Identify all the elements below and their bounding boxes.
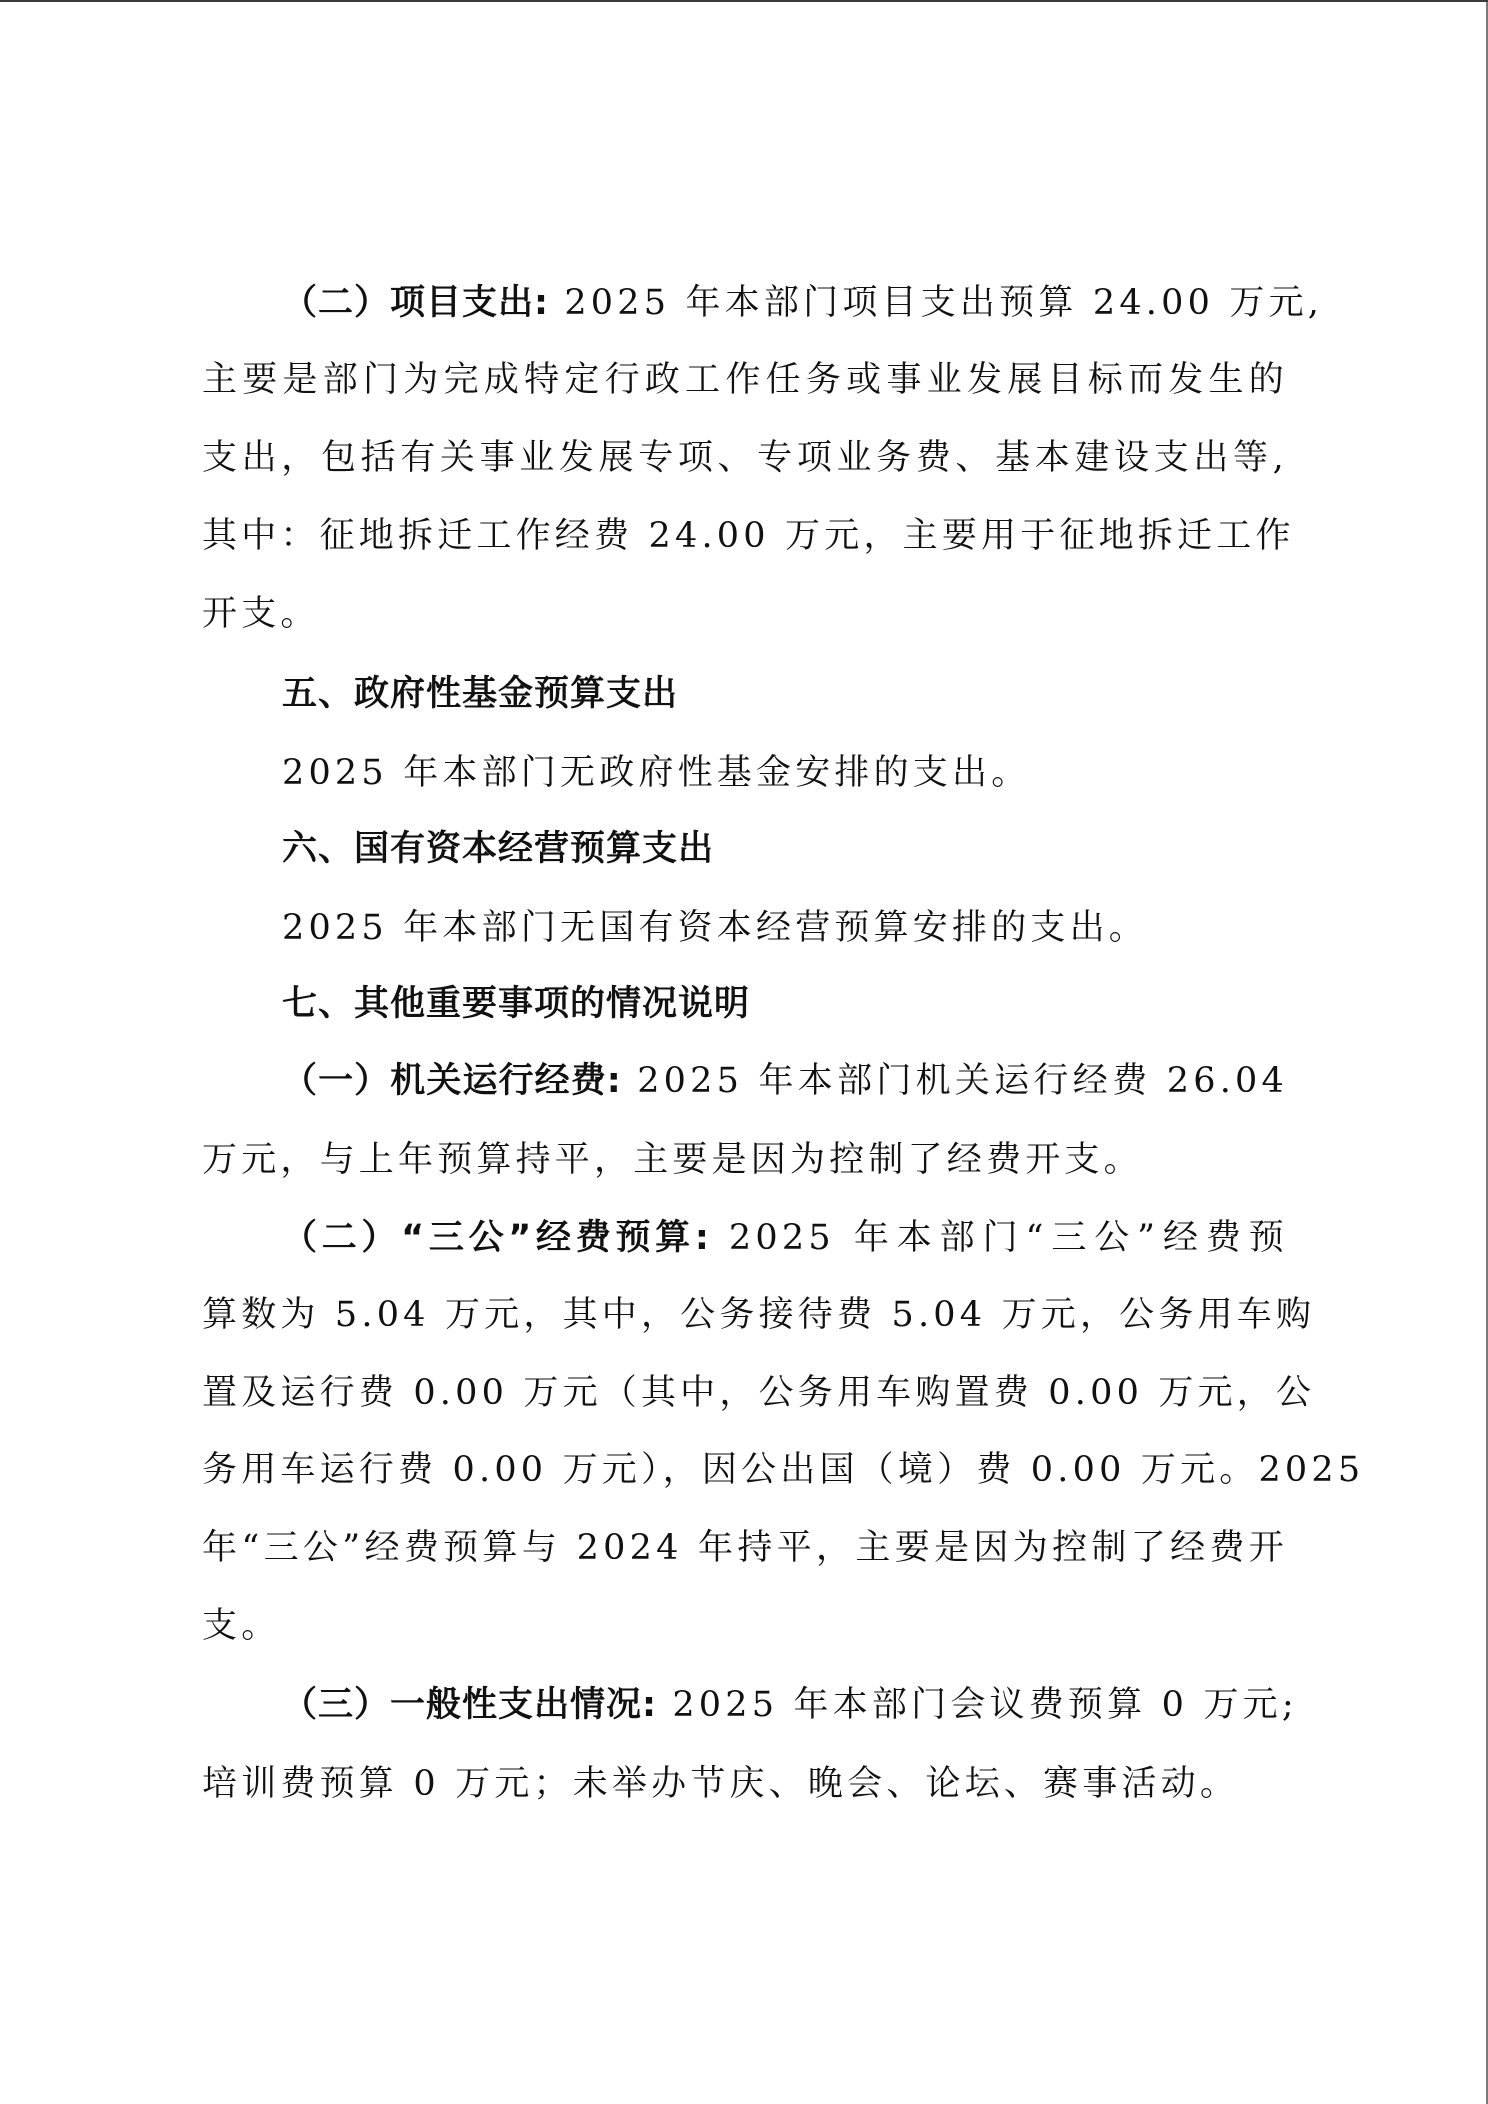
paragraph-line: 置及运行费 0.00 万元（其中，公务用车购置费 0.00 万元，公 <box>202 1371 1288 1415</box>
paragraph-line: （二）项目支出: 2025 年本部门项目支出预算 24.00 万元, <box>282 281 1288 325</box>
paragraph-line: 主要是部门为完成特定行政工作任务或事业发展目标而发生的 <box>202 358 1288 402</box>
paragraph-line: （二）“三公”经费预算: 2025 年本部门“三公”经费预 <box>282 1216 1288 1260</box>
paragraph-line: 支。 <box>202 1604 280 1648</box>
section-heading-state-capital: 六、国有资本经营预算支出 <box>282 827 714 871</box>
subsection-lead-office: （一）机关运行经费: <box>282 1061 622 1101</box>
subsection-lead-project: （二）项目支出: <box>282 283 549 323</box>
paragraph-line: 万元，与上年预算持平，主要是因为控制了经费开支。 <box>202 1138 1143 1182</box>
subsection-lead-general: （三）一般性支出情况: <box>282 1685 657 1725</box>
paragraph-line: 2025 年本部门无国有资本经营预算安排的支出。 <box>282 906 1148 950</box>
paragraph-line: （三）一般性支出情况: 2025 年本部门会议费预算 0 万元; <box>282 1683 1288 1727</box>
paragraph-line: 2025 年本部门无政府性基金安排的支出。 <box>282 751 1030 795</box>
document-page: （二）项目支出: 2025 年本部门项目支出预算 24.00 万元, 主要是部门… <box>0 0 1488 2104</box>
section-heading-other-matters: 七、其他重要事项的情况说明 <box>282 982 750 1026</box>
paragraph-line: 开支。 <box>202 592 320 636</box>
paragraph-line: 算数为 5.04 万元，其中，公务接待费 5.04 万元，公务用车购 <box>202 1293 1288 1337</box>
paragraph-line: 培训费预算 0 万元；未举办节庆、晚会、论坛、赛事活动。 <box>202 1762 1239 1806</box>
paragraph-line: 支出，包括有关事业发展专项、专项业务费、基本建设支出等, <box>202 436 1288 480</box>
paragraph-line: 其中：征地拆迁工作经费 24.00 万元，主要用于征地拆迁工作 <box>202 514 1288 558</box>
paragraph-line: （一）机关运行经费: 2025 年本部门机关运行经费 26.04 <box>282 1059 1288 1103</box>
paragraph-line: 年“三公”经费预算与 2024 年持平，主要是因为控制了经费开 <box>202 1526 1288 1570</box>
subsection-lead-three-public: （二）“三公”经费预算: <box>282 1218 710 1258</box>
paragraph-line: 务用车运行费 0.00 万元），因公出国（境）费 0.00 万元。2025 <box>202 1448 1288 1492</box>
section-heading-gov-fund: 五、政府性基金预算支出 <box>282 672 678 716</box>
